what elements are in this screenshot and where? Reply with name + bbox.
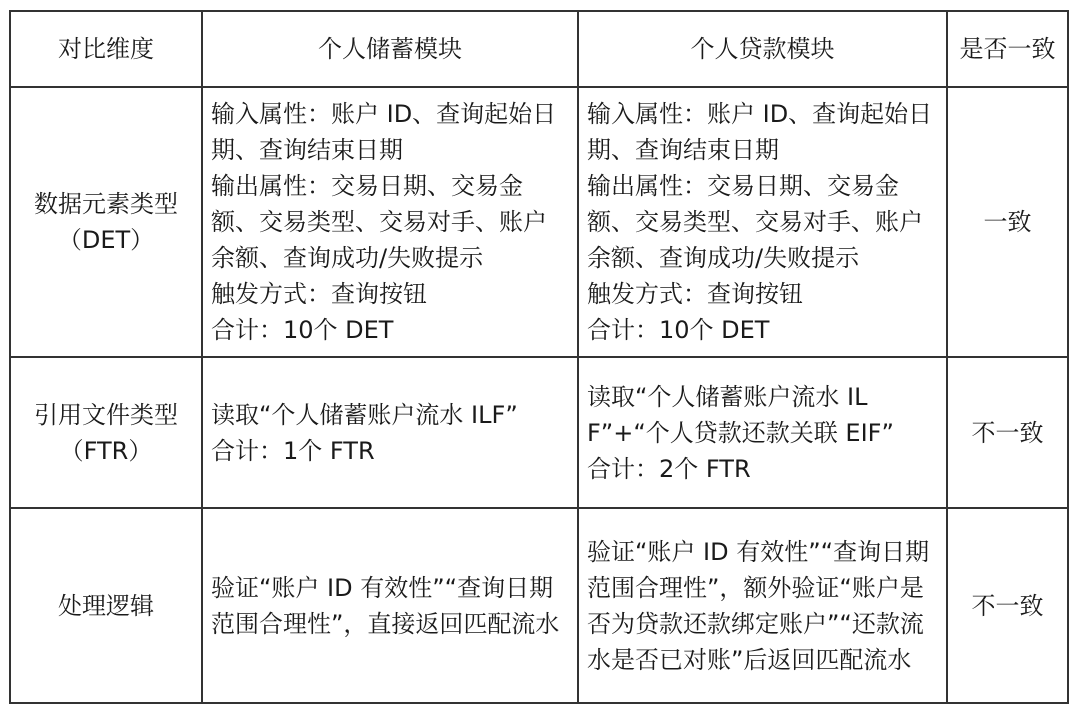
row-dimension-logic: 处理逻辑 — [10, 508, 202, 703]
savings-ftr-total: 合计：1个 FTR — [211, 433, 569, 469]
loan-det-input: 输入属性：账户 ID、查询起始日期、查询结束日期 — [587, 96, 938, 168]
loan-det-output: 输出属性：交易日期、交易金额、交易类型、交易对手、账户余额、查询成功/失败提示 — [587, 168, 938, 276]
savings-ftr-read: 读取“个人储蓄账户流水 ILF” — [211, 397, 569, 433]
comparison-table-container: 对比维度 个人储蓄模块 个人贷款模块 是否一致 数据元素类型（DET） 输入属性… — [9, 10, 1069, 704]
savings-det-total: 合计：10个 DET — [211, 312, 569, 348]
ftr-consistency: 不一致 — [947, 357, 1068, 508]
header-dimension: 对比维度 — [10, 11, 202, 87]
savings-det-trigger: 触发方式：查询按钮 — [211, 276, 569, 312]
loan-det-cell: 输入属性：账户 ID、查询起始日期、查询结束日期 输出属性：交易日期、交易金额、… — [578, 87, 947, 357]
header-consistent: 是否一致 — [947, 11, 1068, 87]
savings-ftr-cell: 读取“个人储蓄账户流水 ILF” 合计：1个 FTR — [202, 357, 578, 508]
header-savings-module: 个人储蓄模块 — [202, 11, 578, 87]
loan-ftr-cell: 读取“个人储蓄账户流水 ILF”+“个人贷款还款关联 EIF” 合计：2个 FT… — [578, 357, 947, 508]
loan-det-trigger: 触发方式：查询按钮 — [587, 276, 938, 312]
savings-logic-text: 验证“账户 ID 有效性”“查询日期范围合理性”，直接返回匹配流水 — [211, 570, 569, 642]
loan-logic-cell: 验证“账户 ID 有效性”“查询日期范围合理性”，额外验证“账户是否为贷款还款绑… — [578, 508, 947, 703]
row-dimension-det: 数据元素类型（DET） — [10, 87, 202, 357]
det-consistency: 一致 — [947, 87, 1068, 357]
savings-logic-cell: 验证“账户 ID 有效性”“查询日期范围合理性”，直接返回匹配流水 — [202, 508, 578, 703]
header-loan-module: 个人贷款模块 — [578, 11, 947, 87]
loan-logic-text: 验证“账户 ID 有效性”“查询日期范围合理性”，额外验证“账户是否为贷款还款绑… — [587, 534, 938, 678]
loan-det-total: 合计：10个 DET — [587, 312, 938, 348]
table-row-ftr: 引用文件类型（FTR） 读取“个人储蓄账户流水 ILF” 合计：1个 FTR 读… — [10, 357, 1068, 508]
loan-ftr-read: 读取“个人储蓄账户流水 ILF”+“个人贷款还款关联 EIF” — [587, 379, 938, 451]
row-dimension-ftr: 引用文件类型（FTR） — [10, 357, 202, 508]
logic-consistency: 不一致 — [947, 508, 1068, 703]
module-comparison-table: 对比维度 个人储蓄模块 个人贷款模块 是否一致 数据元素类型（DET） 输入属性… — [9, 10, 1069, 704]
savings-det-cell: 输入属性：账户 ID、查询起始日期、查询结束日期 输出属性：交易日期、交易金额、… — [202, 87, 578, 357]
savings-det-output: 输出属性：交易日期、交易金额、交易类型、交易对手、账户余额、查询成功/失败提示 — [211, 168, 569, 276]
table-row-logic: 处理逻辑 验证“账户 ID 有效性”“查询日期范围合理性”，直接返回匹配流水 验… — [10, 508, 1068, 703]
savings-det-input: 输入属性：账户 ID、查询起始日期、查询结束日期 — [211, 96, 569, 168]
table-row-det: 数据元素类型（DET） 输入属性：账户 ID、查询起始日期、查询结束日期 输出属… — [10, 87, 1068, 357]
loan-ftr-total: 合计：2个 FTR — [587, 451, 938, 487]
table-header-row: 对比维度 个人储蓄模块 个人贷款模块 是否一致 — [10, 11, 1068, 87]
